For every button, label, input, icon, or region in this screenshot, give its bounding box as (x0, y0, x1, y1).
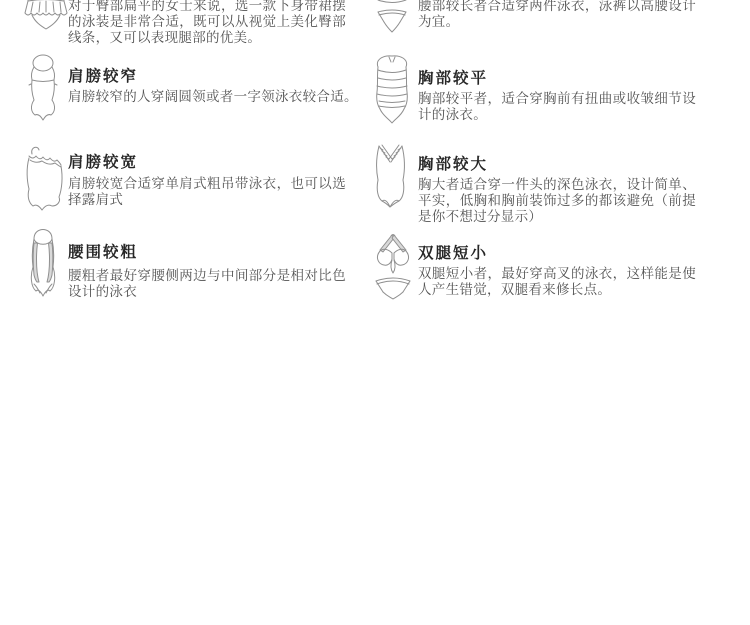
section-heading-flat-chest: 胸部较平 (418, 66, 488, 88)
section-body-flat-chest: 胸部较平者，适合穿胸前有扭曲或收皱细节设计的泳衣。 (418, 91, 696, 123)
ruched-swimsuit-icon (371, 54, 414, 125)
halter-swimsuit-icon (22, 54, 64, 122)
section-body-long-waist: 腰部较长者合适穿两件泳衣，泳裤以高腰设计为宜。 (418, 0, 696, 30)
section-body-thick-waist: 腰粗者最好穿腰侧两边与中间部分是相对比色设计的泳衣 (68, 268, 346, 300)
two-piece-swimsuit-icon (374, 0, 410, 36)
one-shoulder-swimsuit-icon (20, 145, 67, 212)
skirted-bottom-swimsuit-icon (23, 0, 69, 31)
bikini-swimsuit-icon (370, 233, 416, 303)
section-heading-narrow-shoulders: 肩膀较窄 (68, 64, 138, 86)
contrast-panel-swimsuit-icon (22, 229, 64, 298)
section-heading-short-legs: 双腿短小 (418, 241, 488, 263)
section-heading-thick-waist: 腰围较粗 (68, 240, 138, 262)
section-body-narrow-shoulders: 肩膀较窄的人穿阔圆领或者一字领泳衣较合适。 (68, 89, 382, 105)
section-body-hip-flat: 对于臀部扁平的女士来说，选一款下身带裙摆的泳装是非常合适，既可以从视觉上美化臀部… (68, 0, 346, 46)
section-body-wide-shoulders: 肩膀较宽合适穿单肩式粗吊带泳衣，也可以选择露肩式 (68, 176, 346, 208)
section-heading-wide-shoulders: 肩膀较宽 (68, 150, 138, 172)
body-type-swimsuit-guide-page: 对于臀部扁平的女士来说，选一款下身带裙摆的泳装是非常合适，既可以从视觉上美化臀部… (0, 0, 750, 625)
section-body-large-bust: 胸大者适合穿一件头的深色泳衣，设计简单、平实，低胸和胸前装饰过多的都该避免（前提… (418, 177, 696, 225)
v-neck-swimsuit-icon (368, 142, 413, 212)
section-body-short-legs: 双腿短小者，最好穿高叉的泳衣，这样能是使人产生错觉，双腿看来修长点。 (418, 266, 696, 298)
section-heading-large-bust: 胸部较大 (418, 152, 488, 174)
